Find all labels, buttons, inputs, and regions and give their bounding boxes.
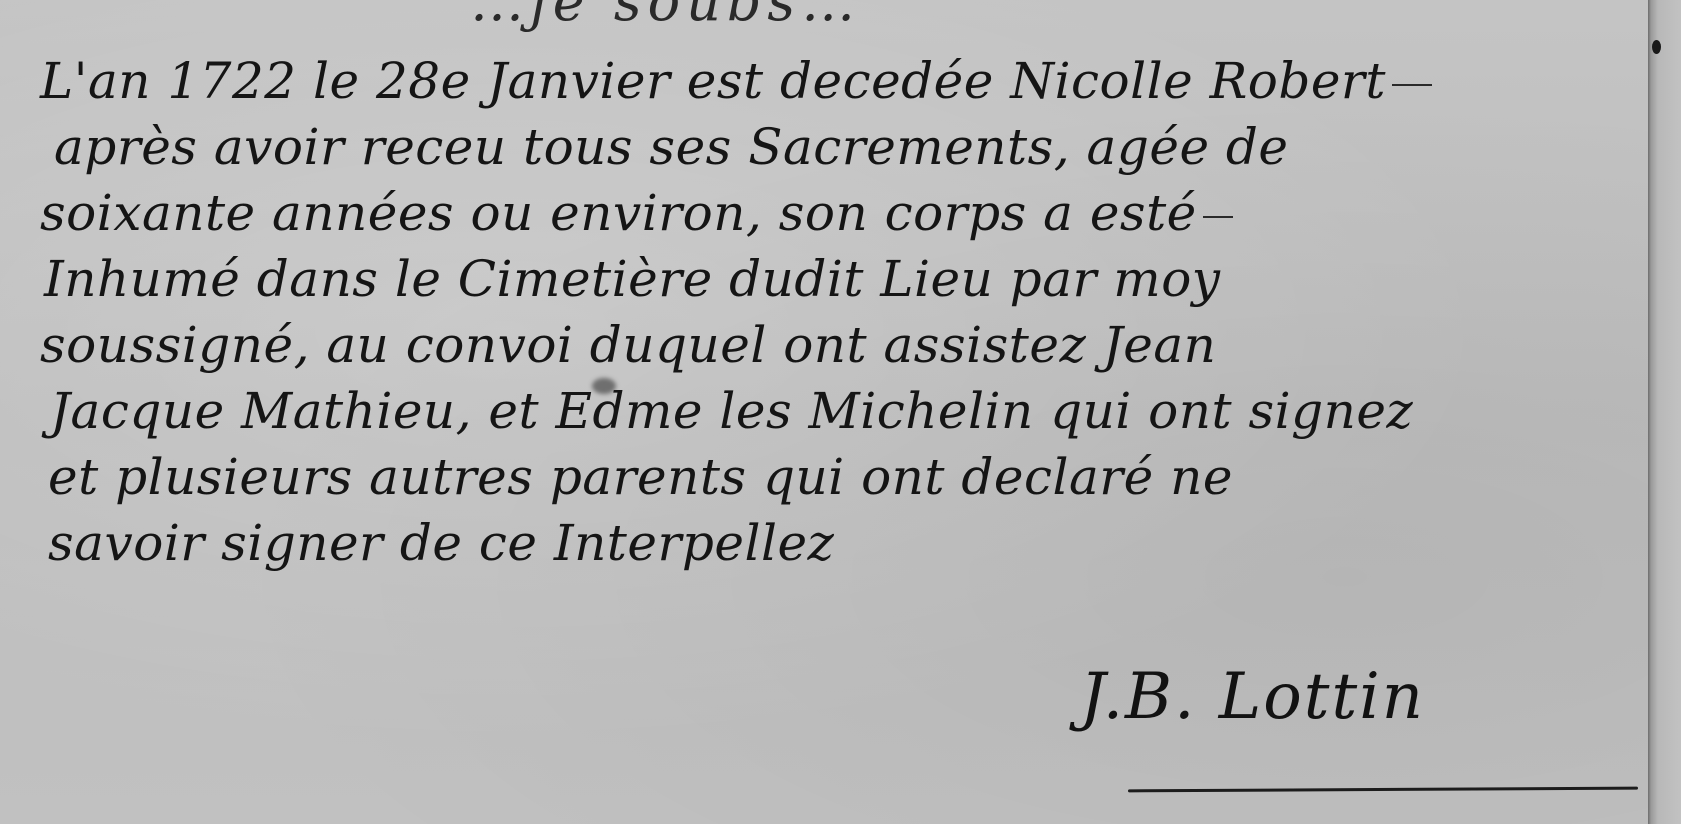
entry-line-2-text: après avoir receu tous ses Sacrements, a… — [54, 118, 1289, 176]
entry-line-7: et plusieurs autres parents qui ont decl… — [40, 444, 1640, 510]
entry-line-4-text: Inhumé dans le Cimetière dudit Lieu par … — [44, 250, 1221, 308]
document-scan: …je soubs… L'an 1722 le 28e Janvier est … — [0, 0, 1681, 824]
entry-line-7-text: et plusieurs autres parents qui ont decl… — [48, 448, 1233, 506]
margin-ink-dot — [1652, 40, 1661, 54]
entry-line-6: Jacque Mathieu, et Edme les Michelin qui… — [40, 378, 1640, 444]
entry-line-5-text: soussigné, au convoi duquel ont assistez… — [40, 316, 1216, 374]
previous-entry-fragment: …je soubs… — [470, 0, 861, 33]
priest-signature: J.B. Lottin — [1080, 660, 1425, 734]
line-filler-stroke — [1392, 84, 1432, 86]
entry-line-8-text: savoir signer de ce Interpellez — [48, 514, 834, 572]
entry-line-1: L'an 1722 le 28e Janvier est decedée Nic… — [40, 48, 1640, 114]
entry-line-1-text: L'an 1722 le 28e Janvier est decedée Nic… — [40, 52, 1386, 110]
entry-line-3-text: soixante années ou environ, son corps a … — [40, 184, 1197, 242]
ink-blot — [592, 378, 616, 394]
entry-line-5: soussigné, au convoi duquel ont assistez… — [40, 312, 1640, 378]
page-binding-edge — [1648, 0, 1681, 824]
entry-line-8: savoir signer de ce Interpellez — [40, 510, 1640, 576]
entry-line-2: après avoir receu tous ses Sacrements, a… — [40, 114, 1640, 180]
entry-line-6-text: Jacque Mathieu, et Edme les Michelin qui… — [50, 382, 1413, 440]
entry-line-3: soixante années ou environ, son corps a … — [40, 180, 1640, 246]
line-filler-stroke — [1203, 216, 1233, 218]
signature-underline — [1128, 787, 1638, 793]
entry-line-4: Inhumé dans le Cimetière dudit Lieu par … — [40, 246, 1640, 312]
register-entry-text: L'an 1722 le 28e Janvier est decedée Nic… — [40, 48, 1640, 576]
